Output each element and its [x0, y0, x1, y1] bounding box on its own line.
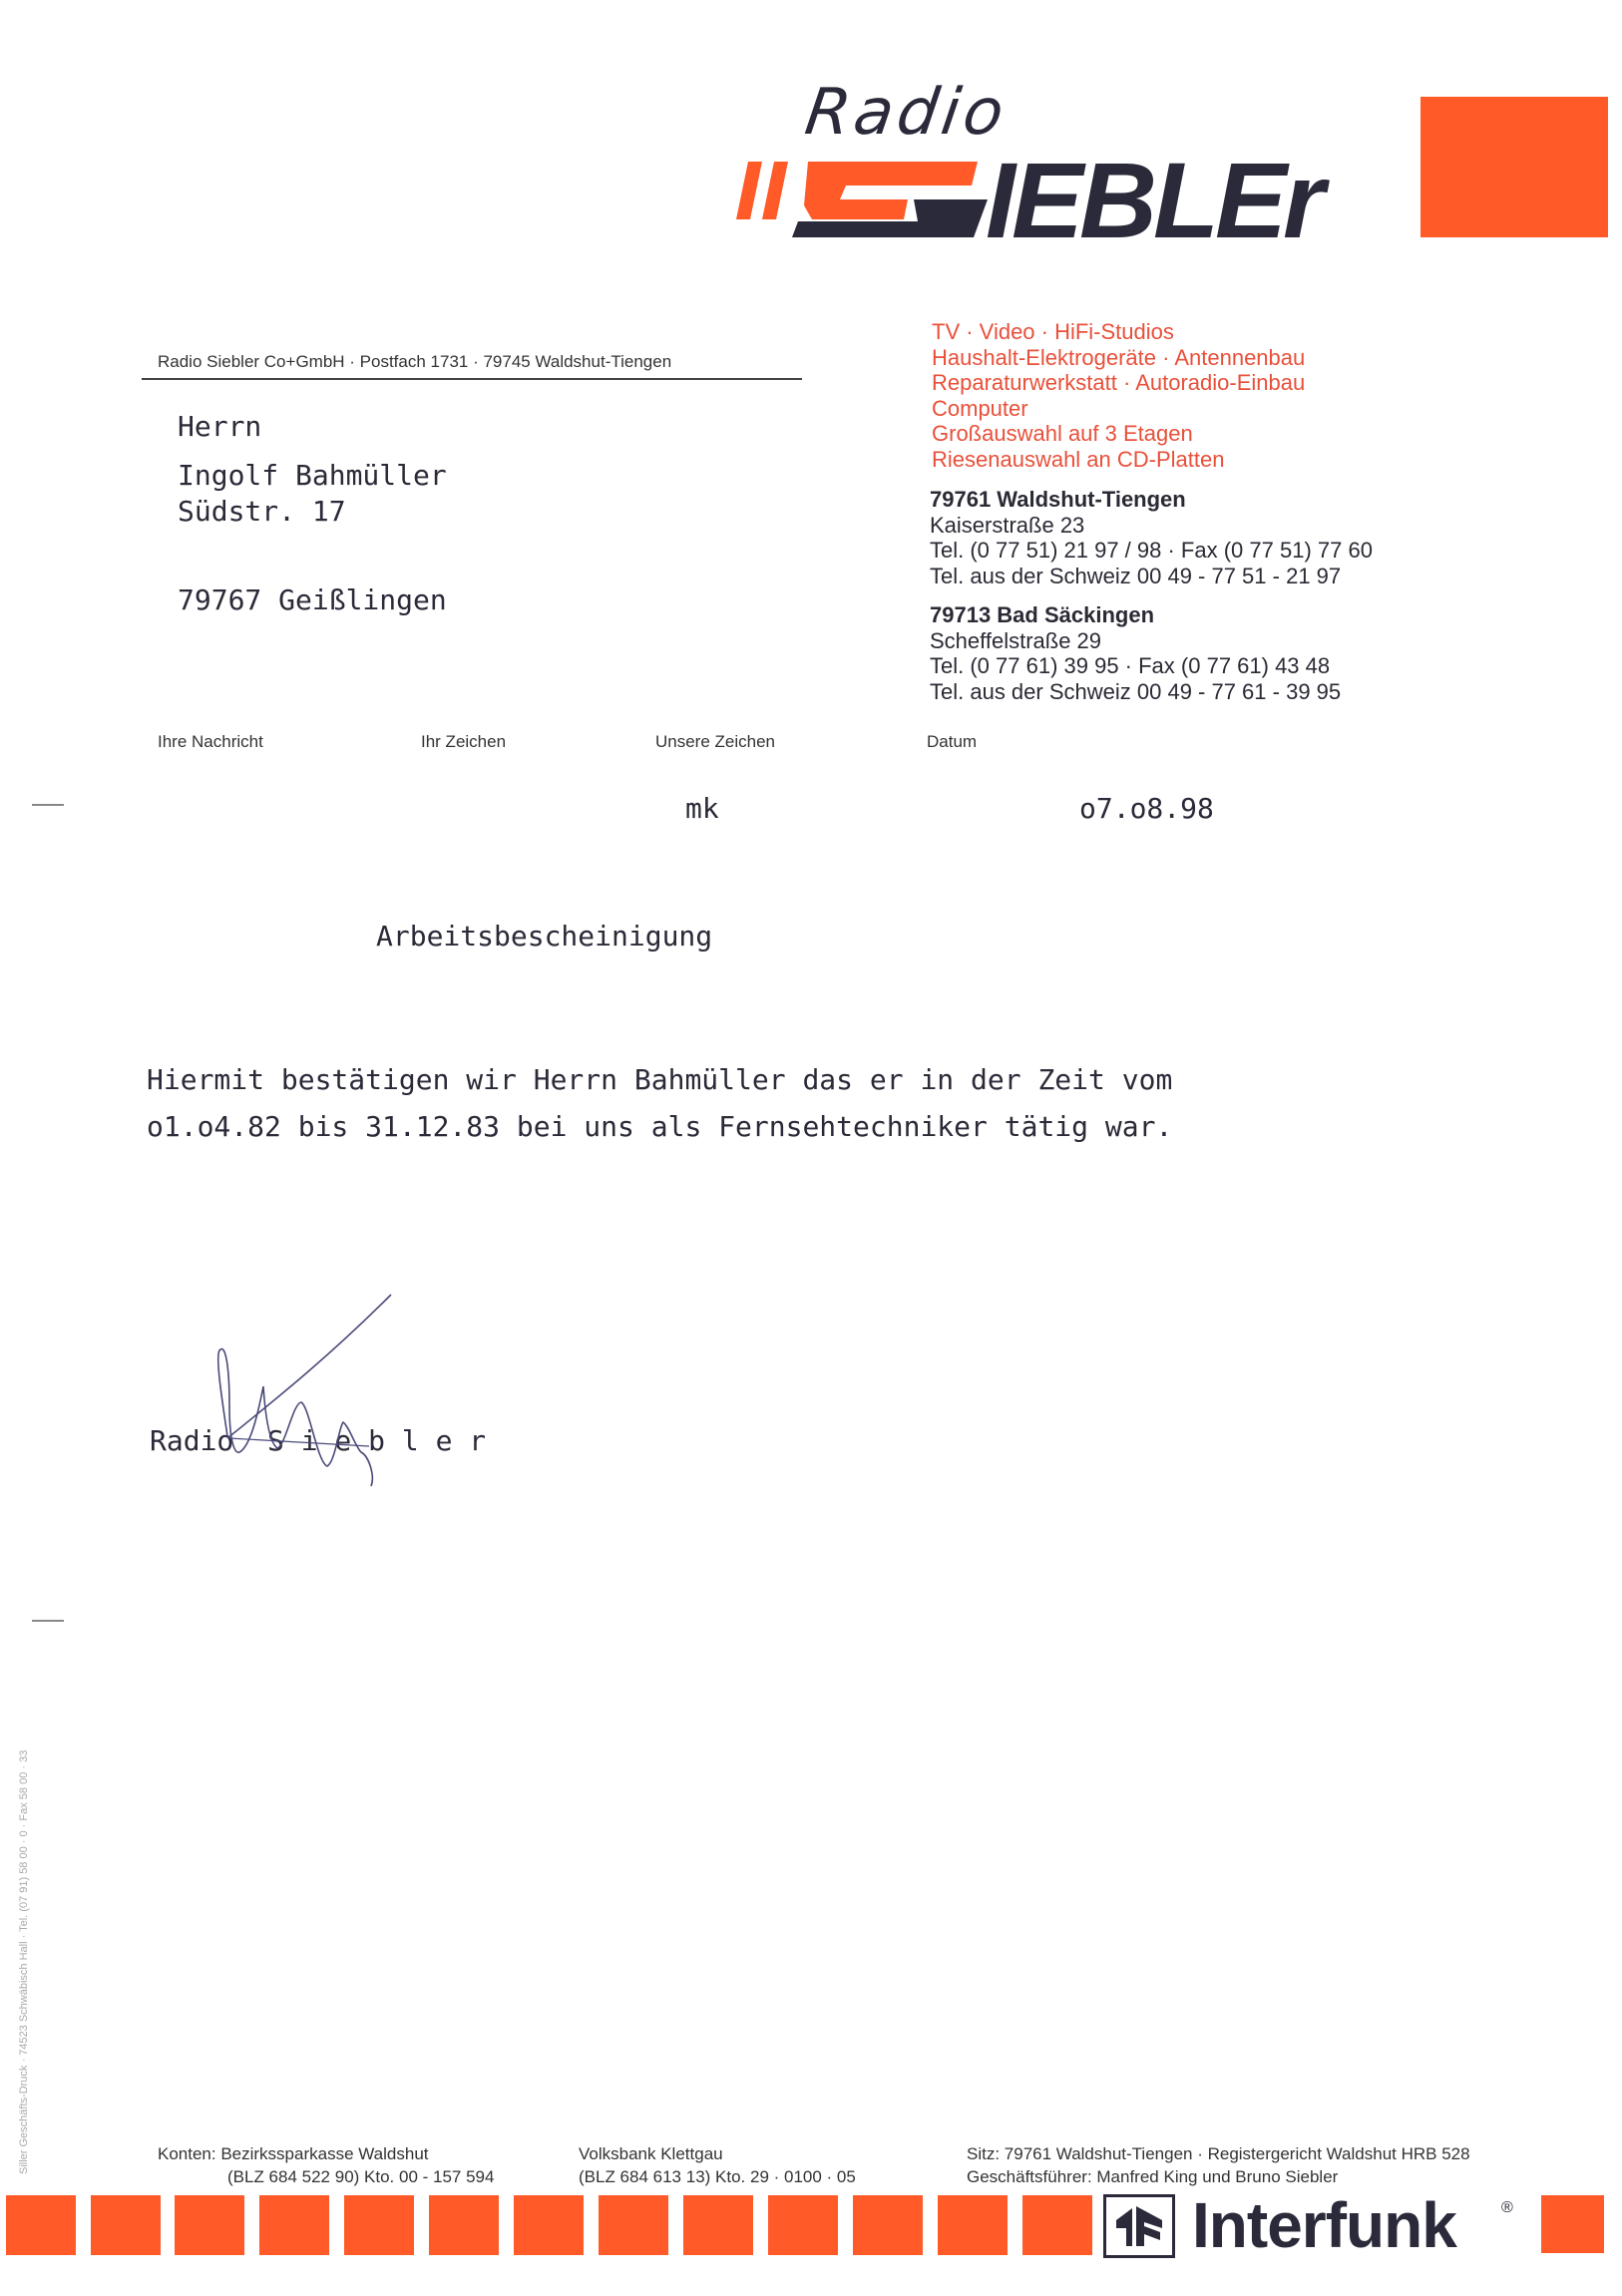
- ref-date-value: o7.o8.98: [1079, 792, 1214, 825]
- footer-bank-name: Konten: Bezirkssparkasse Waldshut: [158, 2142, 494, 2165]
- footer-bank-sparkasse: Konten: Bezirkssparkasse Waldshut (BLZ 6…: [158, 2142, 494, 2188]
- office-street: Kaiserstraße 23: [930, 513, 1373, 539]
- office-title: 79713 Bad Säckingen: [930, 602, 1341, 628]
- office-street: Scheffelstraße 29: [930, 628, 1341, 654]
- footer-square: [853, 2195, 923, 2255]
- recipient-name: Ingolf Bahmüller: [178, 458, 447, 494]
- footer-square: [683, 2195, 753, 2255]
- interfunk-brand: Interfunk: [1192, 2188, 1456, 2262]
- office-swiss-phone: Tel. aus der Schweiz 00 49 - 77 61 - 39 …: [930, 679, 1341, 705]
- recipient-salutation: Herrn: [178, 409, 261, 445]
- footer-managers: Geschäftsführer: Manfred King und Bruno …: [967, 2165, 1470, 2188]
- ref-label-unsere-zeichen: Unsere Zeichen: [655, 732, 775, 752]
- service-item: TV · Video · HiFi-Studios: [932, 319, 1305, 345]
- logo-radio-text: Radio: [801, 76, 1013, 150]
- service-item: Reparaturwerkstatt · Autoradio-Einbau: [932, 370, 1305, 396]
- sender-divider: [142, 378, 802, 380]
- footer-bank-volksbank: Volksbank Klettgau (BLZ 684 613 13) Kto.…: [579, 2142, 856, 2188]
- footer-bank-account: (BLZ 684 522 90) Kto. 00 - 157 594: [158, 2165, 494, 2188]
- footer-square: [599, 2195, 668, 2255]
- letter-subject: Arbeitsbescheinigung: [376, 920, 712, 953]
- footer-square: [91, 2195, 161, 2255]
- registered-mark: ®: [1501, 2199, 1513, 2217]
- interfunk-emblem-icon: [1103, 2194, 1175, 2258]
- signature-company: Radio S i e b l e r: [150, 1424, 486, 1457]
- siebler-logo: IEBLEr: [728, 150, 1407, 244]
- footer-square: [6, 2195, 76, 2255]
- body-line: o1.o4.82 bis 31.12.83 bei uns als Fernse…: [147, 1110, 1172, 1143]
- printer-imprint: Siller Geschäfts-Druck · 74523 Schwäbisc…: [18, 1750, 30, 2174]
- fold-mark: [32, 804, 64, 806]
- office-title: 79761 Waldshut-Tiengen: [930, 487, 1373, 513]
- footer-square: [175, 2195, 244, 2255]
- handwritten-signature: [130, 1277, 529, 1526]
- recipient-street: Südstr. 17: [178, 494, 346, 530]
- sender-return-address: Radio Siebler Co+GmbH · Postfach 1731 · …: [158, 352, 671, 372]
- footer-square: [259, 2195, 329, 2255]
- footer-square: [1541, 2195, 1604, 2253]
- footer-square: [429, 2195, 499, 2255]
- office-bad-saeckingen: 79713 Bad Säckingen Scheffelstraße 29 Te…: [930, 602, 1341, 704]
- footer-square: [768, 2195, 838, 2255]
- service-item: Haushalt-Elektrogeräte · Antennenbau: [932, 345, 1305, 371]
- office-swiss-phone: Tel. aus der Schweiz 00 49 - 77 51 - 21 …: [930, 564, 1373, 589]
- footer-bank-name: Volksbank Klettgau: [579, 2142, 856, 2165]
- office-phone: Tel. (0 77 61) 39 95 · Fax (0 77 61) 43 …: [930, 653, 1341, 679]
- recipient-city: 79767 Geißlingen: [178, 582, 447, 618]
- ref-label-ihr-zeichen: Ihr Zeichen: [421, 732, 506, 752]
- office-phone: Tel. (0 77 51) 21 97 / 98 · Fax (0 77 51…: [930, 538, 1373, 564]
- service-item: Computer: [932, 396, 1305, 422]
- ref-unsere-zeichen-value: mk: [685, 792, 719, 825]
- services-list: TV · Video · HiFi-Studios Haushalt-Elekt…: [932, 319, 1305, 472]
- footer-square: [1022, 2195, 1092, 2255]
- svg-text:IEBLEr: IEBLEr: [986, 150, 1330, 244]
- office-waldshut: 79761 Waldshut-Tiengen Kaiserstraße 23 T…: [930, 487, 1373, 588]
- ref-label-datum: Datum: [927, 732, 977, 752]
- ref-label-ihre-nachricht: Ihre Nachricht: [158, 732, 263, 752]
- footer-square: [514, 2195, 584, 2255]
- footer-legal: Sitz: 79761 Waldshut-Tiengen · Registerg…: [967, 2142, 1470, 2188]
- footer-registry: Sitz: 79761 Waldshut-Tiengen · Registerg…: [967, 2142, 1470, 2165]
- service-item: Riesenauswahl an CD-Platten: [932, 447, 1305, 473]
- fold-mark: [32, 1620, 64, 1622]
- footer-square: [938, 2195, 1008, 2255]
- service-item: Großauswahl auf 3 Etagen: [932, 421, 1305, 447]
- body-line: Hiermit bestätigen wir Herrn Bahmüller d…: [147, 1063, 1172, 1096]
- logo-square: [1420, 97, 1608, 237]
- footer-bank-account: (BLZ 684 613 13) Kto. 29 · 0100 · 05: [579, 2165, 856, 2188]
- footer-square: [344, 2195, 414, 2255]
